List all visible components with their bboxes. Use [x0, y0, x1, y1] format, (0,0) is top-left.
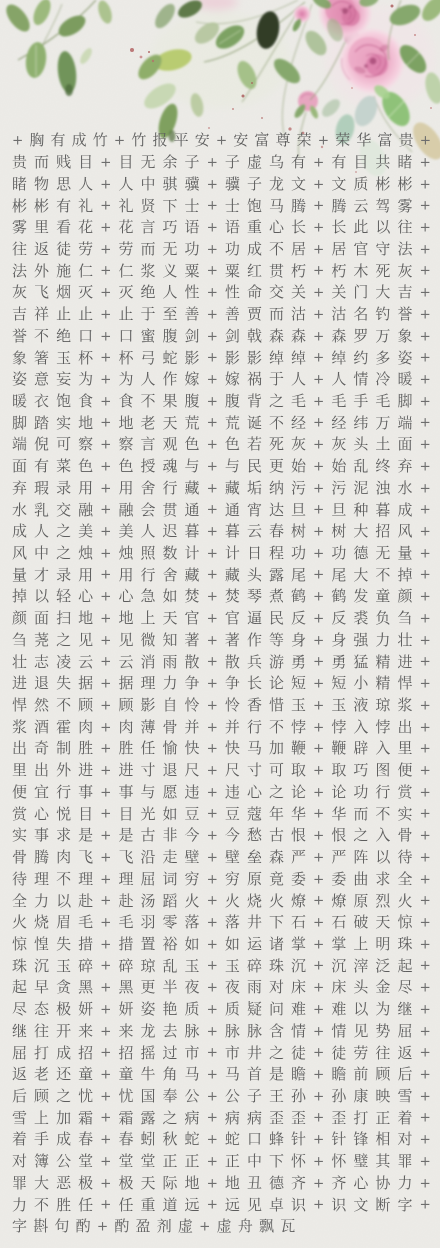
plus-separator: +: [313, 526, 324, 540]
plus-separator: +: [100, 612, 111, 626]
idiom-char: 多: [375, 351, 390, 366]
idiom-char: 重: [140, 1198, 155, 1213]
idiom-char: 人: [118, 177, 133, 192]
plus-separator: +: [100, 1155, 111, 1169]
idiom-char: 煮: [269, 589, 284, 604]
idiom-char: 扫: [56, 611, 71, 626]
idiom-char: 取: [331, 763, 346, 778]
idiom-char: 贯: [163, 503, 178, 518]
plus-separator: +: [207, 547, 218, 561]
idiom-char: 贱: [56, 155, 71, 170]
idiom-char: 民: [247, 459, 262, 474]
idiom-char: 骥: [225, 177, 240, 192]
idiom-char: 舟: [238, 1219, 253, 1234]
idiom-char: 然: [34, 698, 49, 713]
idiom-char: 地: [118, 611, 133, 626]
idiom-char: 虚: [178, 1219, 193, 1234]
idiom-char: 快: [225, 741, 240, 756]
plus-separator: +: [313, 916, 324, 930]
idiom-char: 床: [331, 980, 346, 995]
idiom-char: 霜: [118, 1111, 133, 1126]
idiom-char: 用: [118, 568, 133, 583]
idiom-char: 以: [56, 894, 71, 909]
idiom-char: 竹: [93, 133, 108, 148]
idiom-char: 暮: [185, 524, 200, 539]
idiom-char: 士: [225, 199, 240, 214]
idiom-char: 天: [140, 1176, 155, 1191]
plus-separator: +: [313, 1090, 324, 1104]
idiom-line: 罪大恶极+极天际地+地丑德齐+齐心协力+: [12, 1173, 431, 1195]
plus-separator: +: [313, 895, 324, 909]
plus-separator: +: [100, 916, 111, 930]
idiom-char: 森: [331, 329, 346, 344]
idiom-char: 知: [163, 633, 178, 648]
idiom-char: 精: [375, 676, 390, 691]
idiom-char: 事: [34, 828, 49, 843]
idiom-char: 头: [247, 568, 262, 583]
idiom-char: 顾: [118, 698, 133, 713]
idiom-char: 而: [140, 242, 155, 257]
idiom-char: 往: [375, 1046, 390, 1061]
plus-separator: +: [207, 764, 218, 778]
idiom-char: 华: [331, 807, 346, 822]
plus-separator: +: [207, 656, 218, 670]
idiom-line: 进退失据+据理力争+争长论短+短小精悍+: [12, 673, 431, 695]
plus-separator: +: [313, 1199, 324, 1213]
idiom-char: 有: [51, 133, 66, 148]
plus-separator: +: [216, 135, 227, 149]
plus-separator: +: [313, 764, 324, 778]
plus-separator: +: [207, 352, 218, 366]
plus-separator: +: [207, 330, 218, 344]
idiom-char: 霍: [56, 720, 71, 735]
idiom-char: 碎: [118, 959, 133, 974]
idiom-char: 开: [56, 1024, 71, 1039]
idiom-char: 腾: [291, 199, 306, 214]
idiom-char: 身: [291, 633, 306, 648]
idiom-char: 不: [56, 698, 71, 713]
plus-separator: +: [419, 156, 430, 170]
idiom-char: 影: [140, 698, 155, 713]
idiom-char: 屈: [12, 1046, 27, 1061]
idiom-char: 进: [397, 655, 412, 670]
idiom-char: 辟: [353, 741, 368, 756]
plus-separator: +: [100, 873, 111, 887]
idiom-char: 安: [233, 133, 248, 148]
idiom-char: 春: [118, 1132, 133, 1147]
plus-separator: +: [419, 395, 430, 409]
idiom-char: 对: [397, 1132, 412, 1147]
idiom-line: 壮志凌云+云消雨散+散兵游勇+勇猛精进+: [12, 651, 431, 673]
idiom-char: 正: [163, 1154, 178, 1169]
idiom-char: 忧: [118, 1089, 133, 1104]
idiom-char: 藏: [225, 568, 240, 583]
plus-separator: +: [207, 243, 218, 257]
idiom-char: 官: [185, 611, 200, 626]
idiom-char: 灰: [291, 437, 306, 452]
idiom-char: 措: [118, 937, 133, 952]
plus-separator: +: [419, 1199, 430, 1213]
plus-separator: +: [207, 699, 218, 713]
plus-separator: +: [100, 178, 111, 192]
idiom-char: 短: [331, 676, 346, 691]
idiom-char: 问: [269, 1002, 284, 1017]
idiom-char: 便: [397, 763, 412, 778]
idiom-char: 冷: [375, 372, 390, 387]
idiom-char: 恨: [331, 828, 346, 843]
idiom-char: 玉: [331, 698, 346, 713]
idiom-char: 后: [397, 1067, 412, 1082]
idiom-char: 融: [118, 503, 133, 518]
idiom-line: 火烧眉毛+毛羽零落+落井下石+石破天惊+: [12, 912, 431, 934]
idiom-char: 寸: [140, 763, 155, 778]
idiom-char: 士: [185, 199, 200, 214]
idiom-char: 烟: [56, 285, 71, 300]
idiom-char: 反: [291, 611, 306, 626]
idiom-char: 着: [397, 1111, 412, 1126]
idiom-char: 姿: [12, 372, 27, 387]
idiom-char: 纳: [269, 481, 284, 496]
idiom-char: 贤: [140, 199, 155, 214]
idiom-char: 意: [34, 372, 49, 387]
idiom-char: 暮: [375, 503, 390, 518]
idiom-char: 色: [225, 437, 240, 452]
idiom-char: 严: [331, 850, 346, 865]
idiom-char: 出: [12, 741, 27, 756]
idiom-char: 勇: [331, 655, 346, 670]
idiom-char: 至: [163, 307, 178, 322]
plus-separator: +: [419, 873, 430, 887]
plus-separator: +: [313, 417, 324, 431]
idiom-char: 子: [185, 155, 200, 170]
plus-separator: +: [318, 135, 329, 149]
idiom-char: 巧: [353, 763, 368, 778]
plus-separator: +: [419, 439, 430, 453]
idiom-char: 之: [56, 546, 71, 561]
idiom-char: 毛: [118, 915, 133, 930]
idiom-char: 酌: [76, 1219, 91, 1234]
idiom-char: 旦: [291, 503, 306, 518]
idiom-char: 量: [12, 568, 27, 583]
idiom-char: 破: [353, 915, 368, 930]
idiom-line: 睹物思人+人中骐骥+骥子龙文+文质彬彬+: [12, 173, 431, 195]
plus-separator: +: [419, 287, 430, 301]
idiom-char: 宜: [34, 785, 49, 800]
plus-separator: +: [419, 221, 430, 235]
plus-separator: +: [207, 569, 218, 583]
idiom-char: 有: [56, 199, 71, 214]
plus-separator: +: [100, 895, 111, 909]
plus-separator: +: [419, 374, 430, 388]
idiom-char: 精: [375, 655, 390, 670]
idiom-char: 象: [12, 351, 27, 366]
idiom-char: 种: [353, 503, 368, 518]
idiom-char: 与: [185, 459, 200, 474]
idiom-char: 蛇: [185, 1132, 200, 1147]
idiom-char: 胜: [118, 741, 133, 756]
idiom-line: 风中之烛+烛照数计+计日程功+功德无量+: [12, 543, 431, 565]
plus-separator: +: [419, 1155, 430, 1169]
idiom-char: 旦: [331, 503, 346, 518]
plus-separator: +: [313, 178, 324, 192]
idiom-char: 舍: [163, 568, 178, 583]
idiom-char: 屈: [397, 1024, 412, 1039]
idiom-char: 骨: [12, 850, 27, 865]
idiom-char: 仁: [118, 264, 133, 279]
idiom-char: 蔻: [247, 807, 262, 822]
idiom-char: 公: [225, 1089, 240, 1104]
plus-separator: +: [313, 1112, 324, 1126]
idiom-char: 走: [163, 850, 178, 865]
idiom-line: 雪上加霜+霜露之病+病病歪歪+歪打正着+: [12, 1107, 431, 1129]
plus-separator: +: [419, 916, 430, 930]
idiom-char: 蜂: [269, 1132, 284, 1147]
idiom-line: 骨腾肉飞+飞沿走壁+壁垒森严+严阵以待+: [12, 847, 431, 869]
plus-separator: +: [419, 764, 430, 778]
idiom-char: 人: [34, 524, 49, 539]
idiom-char: 巧: [163, 220, 178, 235]
idiom-char: 胜: [78, 741, 93, 756]
idiom-char: 尾: [331, 568, 346, 583]
idiom-char: 毛: [291, 394, 306, 409]
idiom-char: 雾: [12, 220, 27, 235]
idiom-char: 上: [140, 611, 155, 626]
idiom-char: 裕: [163, 937, 178, 952]
idiom-char: 玉: [56, 959, 71, 974]
idiom-char: 火: [225, 894, 240, 909]
idiom-char: 虚: [247, 155, 262, 170]
plus-separator: +: [313, 200, 324, 214]
plus-separator: +: [207, 916, 218, 930]
idiom-char: 下: [163, 199, 178, 214]
idiom-char: 人: [140, 372, 155, 387]
idiom-char: 魂: [163, 459, 178, 474]
idiom-char: 勇: [291, 655, 306, 670]
idiom-char: 歪: [269, 1111, 284, 1126]
idiom-char: 壁: [185, 850, 200, 865]
idiom-char: 命: [247, 285, 262, 300]
idiom-char: 琼: [375, 698, 390, 713]
idiom-char: 心: [34, 807, 49, 822]
idiom-char: 风: [397, 524, 412, 539]
idiom-char: 箸: [34, 351, 49, 366]
idiom-char: 暖: [12, 394, 27, 409]
idiom-char: 不: [269, 416, 284, 431]
idiom-char: 明: [375, 937, 390, 952]
idiom-char: 目: [353, 155, 368, 170]
plus-separator: +: [97, 1221, 108, 1235]
idiom-char: 龙: [140, 1024, 155, 1039]
plus-separator: +: [100, 634, 111, 648]
idiom-char: 堂: [118, 1154, 133, 1169]
plus-separator: +: [100, 851, 111, 865]
idiom-char: 著: [185, 633, 200, 648]
idiom-char: 小: [353, 676, 368, 691]
idiom-char: 床: [291, 980, 306, 995]
idiom-char: 难: [331, 1002, 346, 1017]
idiom-char: 可: [269, 763, 284, 778]
idiom-char: 罪: [12, 1176, 27, 1191]
plus-separator: +: [207, 786, 218, 800]
idiom-char: 万: [375, 329, 390, 344]
idiom-char: 首: [247, 1067, 262, 1082]
idiom-char: 子: [225, 155, 240, 170]
idiom-char: 不: [375, 807, 390, 822]
idiom-char: 文: [291, 177, 306, 192]
idiom-char: 不: [375, 568, 390, 583]
idiom-char: 劳: [118, 242, 133, 257]
idiom-char: 功: [331, 546, 346, 561]
idiom-char: 还: [56, 1067, 71, 1082]
idiom-char: 安: [195, 133, 210, 148]
idiom-char: 乱: [163, 959, 178, 974]
idiom-char: 滓: [353, 959, 368, 974]
idiom-char: 情: [331, 1024, 346, 1039]
plus-separator: +: [419, 721, 430, 735]
plus-separator: +: [313, 699, 324, 713]
idiom-char: 待: [397, 850, 412, 865]
plus-separator: +: [313, 938, 324, 952]
idiom-line: 颜面扫地+地上天官+官逼民反+反裘负刍+: [12, 608, 431, 630]
idiom-line: 水乳交融+融会贯通+通宵达旦+旦种暮成+: [12, 499, 431, 521]
plus-separator: +: [419, 1003, 430, 1017]
idiom-char: 性: [185, 285, 200, 300]
idiom-char: 悍: [397, 676, 412, 691]
plus-separator: +: [100, 156, 111, 170]
idiom-char: 力: [34, 894, 49, 909]
idiom-char: 交: [269, 285, 284, 300]
idiom-char: 发: [353, 589, 368, 604]
idiom-char: 灭: [118, 285, 133, 300]
plus-separator: +: [207, 156, 218, 170]
idiom-char: 香: [247, 698, 262, 713]
idiom-char: 返: [397, 1046, 412, 1061]
idiom-char: 志: [34, 655, 49, 670]
plus-separator: +: [100, 938, 111, 952]
idiom-char: 影: [225, 351, 240, 366]
idiom-char: 歪: [291, 1111, 306, 1126]
idiom-char: 势: [375, 1024, 390, 1039]
idiom-char: 天: [163, 416, 178, 431]
plus-separator: +: [419, 634, 430, 648]
plus-separator: +: [100, 439, 111, 453]
idiom-char: 见: [353, 1024, 368, 1039]
idiom-char: 脉: [225, 1024, 240, 1039]
idiom-char: 着: [12, 1132, 27, 1147]
idiom-char: 民: [269, 611, 284, 626]
idiom-char: 暖: [397, 372, 412, 387]
idiom-char: 人: [163, 285, 178, 300]
idiom-line: 暖衣饱食+食不果腹+腹背之毛+毛手毛脚+: [12, 391, 431, 413]
idiom-char: 可: [56, 437, 71, 452]
idiom-char: 求: [375, 872, 390, 887]
idiom-char: 心: [78, 589, 93, 604]
idiom-char: 光: [140, 807, 155, 822]
idiom-char: 云: [247, 524, 262, 539]
idiom-char: 外: [34, 264, 49, 279]
idiom-char: 难: [291, 1002, 306, 1017]
idiom-char: 琴: [247, 589, 262, 604]
idiom-char: 绰: [291, 351, 306, 366]
idiom-char: 妍: [78, 1002, 93, 1017]
idiom-line: 掉以轻心+心急如焚+焚琴煮鹤+鹤发童颜+: [12, 586, 431, 608]
plus-separator: +: [100, 1134, 111, 1148]
plus-separator: +: [207, 308, 218, 322]
idiom-char: 兵: [247, 655, 262, 670]
idiom-char: 并: [185, 720, 200, 735]
idiom-char: 语: [185, 220, 200, 235]
idiom-char: 悖: [331, 720, 346, 735]
plus-separator: +: [100, 352, 111, 366]
idiom-char: 吉: [12, 307, 27, 322]
idiom-char: 凌: [56, 655, 71, 670]
idiom-char: 水: [12, 503, 27, 518]
plus-separator: +: [100, 1112, 111, 1126]
plus-separator: +: [100, 569, 111, 583]
idiom-char: 彬: [12, 199, 27, 214]
idiom-char: 鞭: [331, 741, 346, 756]
idiom-char: 井: [247, 1046, 262, 1061]
idiom-char: 求: [56, 828, 71, 843]
idiom-char: 罗: [353, 329, 368, 344]
idiom-char: 舍: [140, 481, 155, 496]
idiom-line: 姿意妄为+为人作嫁+嫁祸于人+人情冷暖+: [12, 369, 431, 391]
idiom-char: 童: [78, 1067, 93, 1082]
plus-separator: +: [313, 243, 324, 257]
idiom-char: 若: [247, 437, 262, 452]
idiom-char: 急: [140, 589, 155, 604]
idiom-char: 论: [269, 676, 284, 691]
idiom-char: 入: [375, 828, 390, 843]
idiom-char: 录: [56, 568, 71, 583]
idiom-char: 取: [291, 763, 306, 778]
idiom-char: 委: [291, 872, 306, 887]
idiom-char: 刍: [397, 611, 412, 626]
idiom-char: 穷: [225, 872, 240, 887]
idiom-char: 始: [291, 459, 306, 474]
idiom-line: 全力以赴+赴汤蹈火+火烧火燎+燎原烈火+: [12, 890, 431, 912]
idiom-char: 飞: [118, 850, 133, 865]
idiom-char: 止: [118, 307, 133, 322]
idiom-line: 返老还童+童牛角马+马首是瞻+瞻前顾后+: [12, 1064, 431, 1086]
idiom-char: 为: [78, 372, 93, 387]
idiom-char: 成: [72, 133, 87, 148]
plus-separator: +: [313, 1155, 324, 1169]
plus-separator: +: [207, 178, 218, 192]
idiom-char: 奉: [163, 1089, 178, 1104]
idiom-char: 之: [56, 1089, 71, 1104]
idiom-char: 灰: [397, 264, 412, 279]
idiom-char: 不: [269, 720, 284, 735]
idiom-char: 长: [291, 220, 306, 235]
idiom-char: 强: [353, 633, 368, 648]
plus-separator: +: [313, 678, 324, 692]
idiom-char: 句: [54, 1219, 69, 1234]
idiom-char: 石: [291, 915, 306, 930]
idiom-char: 斟: [33, 1219, 48, 1234]
idiom-char: 地: [185, 1176, 200, 1191]
plus-separator: +: [100, 374, 111, 388]
plus-separator: +: [207, 938, 218, 952]
idiom-char: 理: [34, 872, 49, 887]
idiom-char: 疑: [247, 1002, 262, 1017]
idiom-char: 睹: [12, 177, 27, 192]
idiom-char: 言: [140, 437, 155, 452]
idiom-char: 愿: [163, 785, 178, 800]
idiom-char: 尺: [185, 763, 200, 778]
idiom-line: 端倪可察+察言观色+色若死灰+灰头土面+: [12, 434, 431, 456]
idiom-char: 齐: [331, 1176, 346, 1191]
